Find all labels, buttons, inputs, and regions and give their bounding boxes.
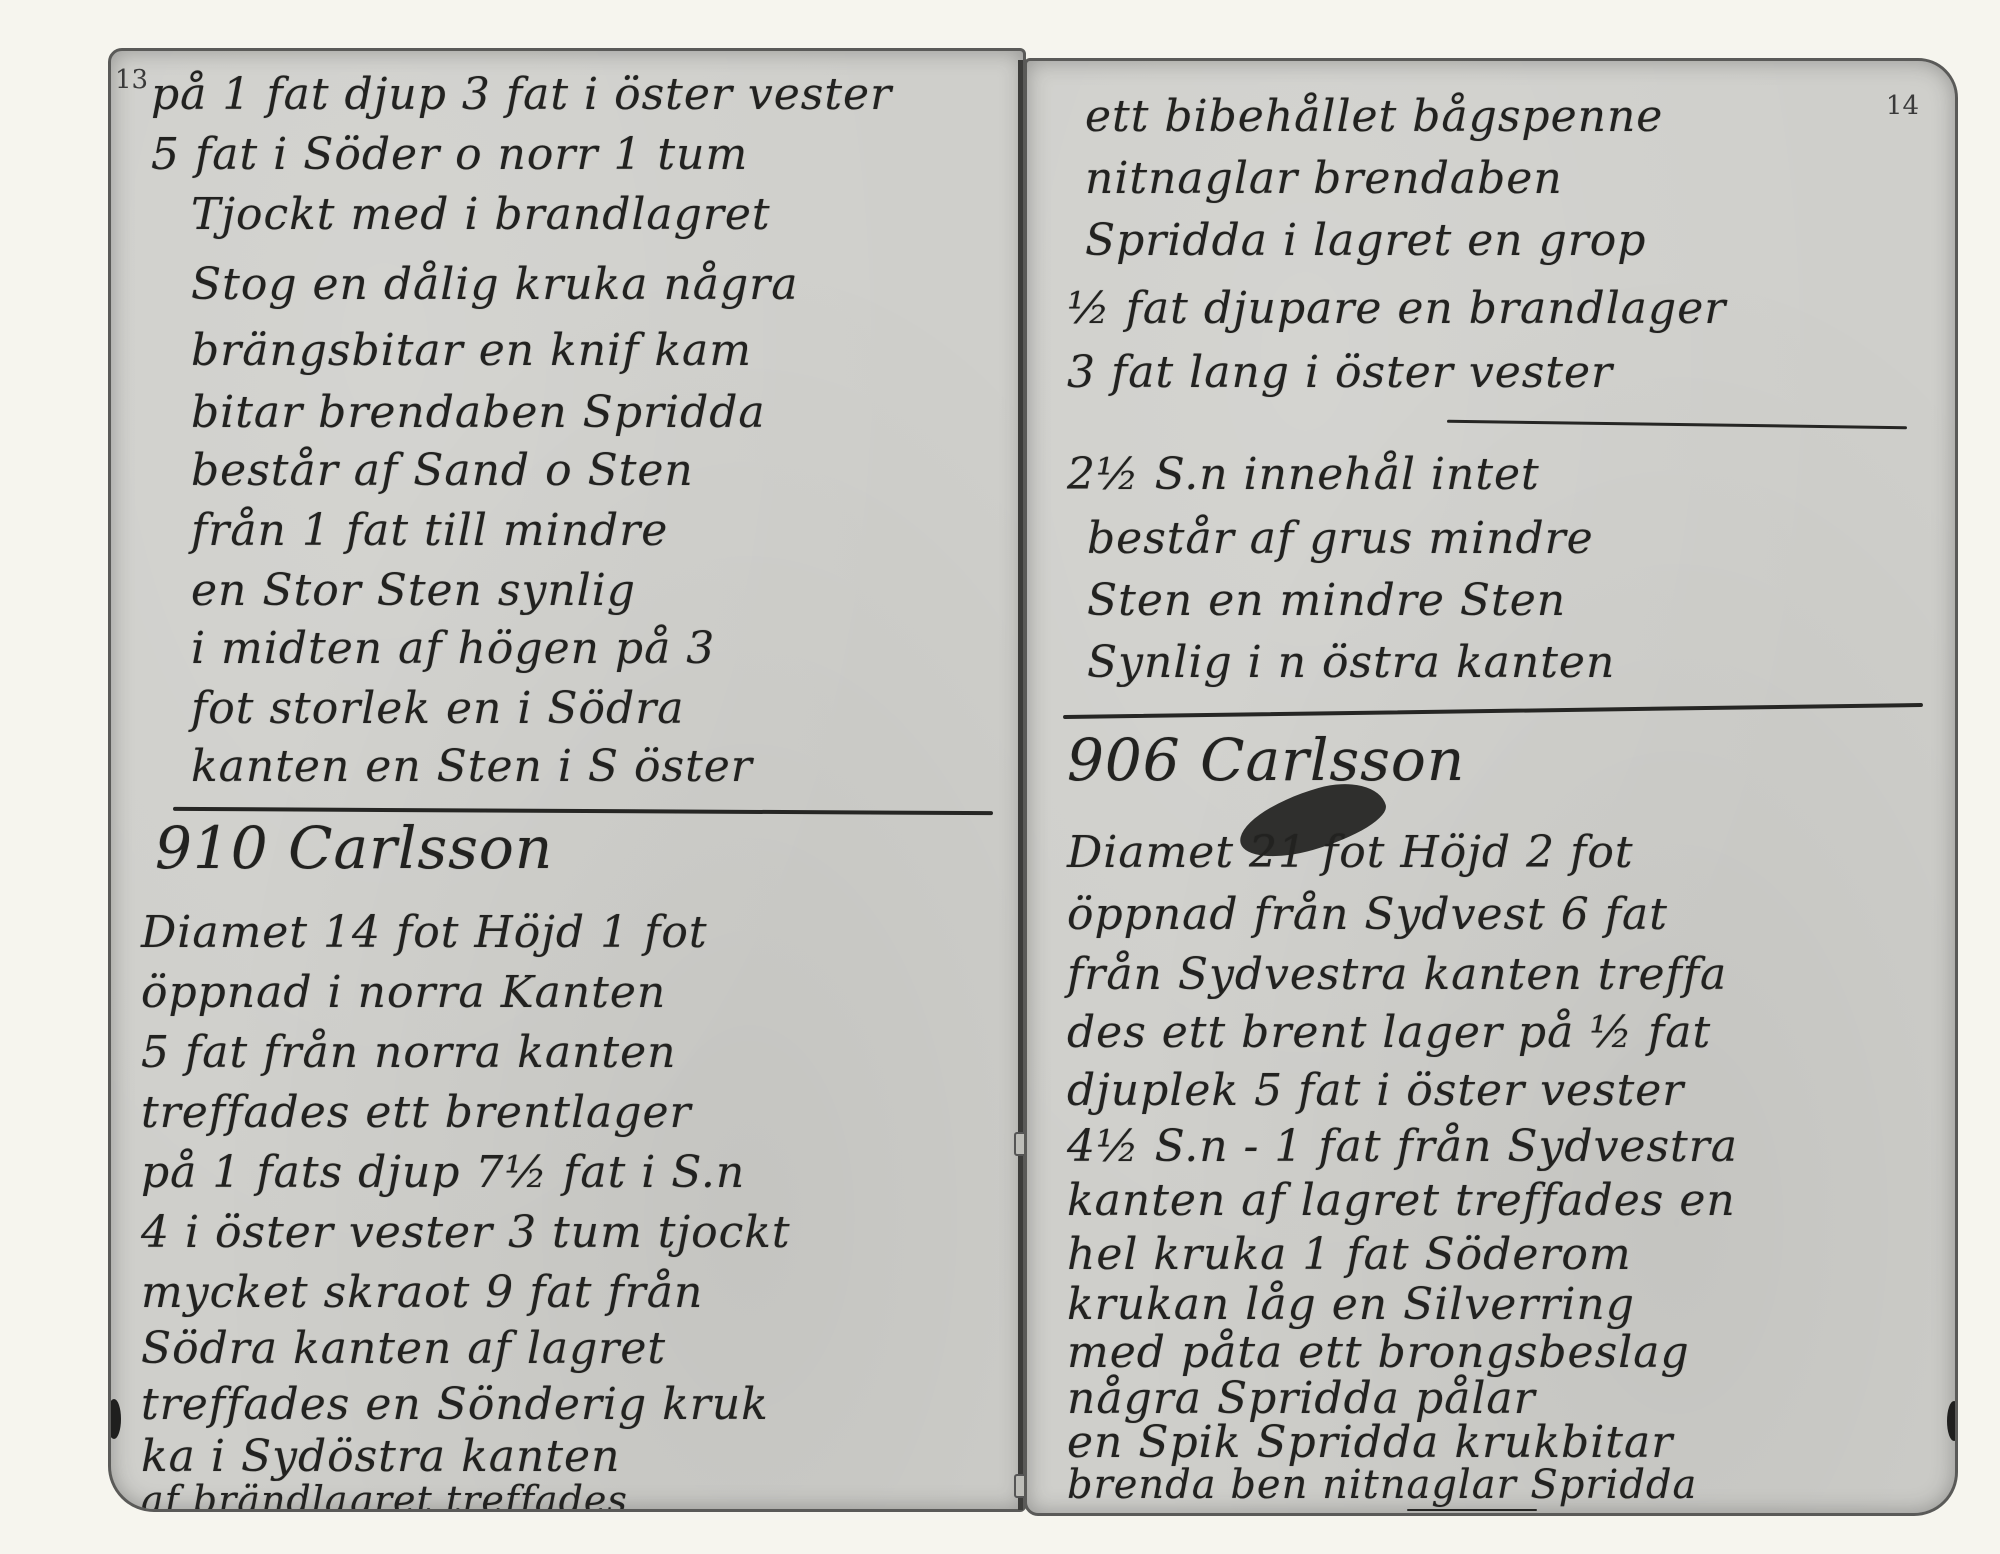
text-line: öppnad i norra Kanten: [141, 971, 666, 1015]
text-line: öppnad från Sydvest 6 fat: [1067, 893, 1668, 937]
text-line: treffades ett brentlager: [141, 1091, 692, 1135]
text-line: kanten en Sten i S öster: [191, 745, 753, 789]
text-line: på 1 fats djup 7½ fat i S.n: [141, 1151, 745, 1195]
left-page: 13 på 1 fat djup 3 fat i öster vester 5 …: [108, 48, 1026, 1512]
text-line: Tjockt med i brandlagret: [191, 193, 771, 237]
text-line: en Spik Spridda krukbitar: [1067, 1421, 1673, 1465]
text-line: Sten en mindre Sten: [1087, 579, 1566, 623]
text-line: mycket skraot 9 fat från: [141, 1271, 703, 1315]
ink-stain: [108, 1399, 121, 1439]
text-line: brängsbitar en knif kam: [191, 329, 752, 373]
text-line: af brändlagret treffades: [141, 1481, 628, 1512]
text-line: Spridda i lagret en grop: [1085, 219, 1646, 263]
text-line: från Sydvestra kanten treffa: [1067, 953, 1727, 997]
text-line: 4½ S.n - 1 fat från Sydvestra: [1067, 1125, 1738, 1169]
text-line: Diamet 21 fot Höjd 2 fot: [1067, 831, 1634, 875]
page-number-left: 13: [115, 65, 148, 95]
text-line: 2½ S.n innehål intet: [1067, 453, 1540, 497]
text-line: Diamet 14 fot Höjd 1 fot: [141, 911, 708, 955]
text-line: med påta ett brongsbeslag: [1067, 1331, 1690, 1375]
text-line: des ett brent lager på ½ fat: [1067, 1011, 1711, 1055]
text-line: består af Sand o Sten: [191, 449, 694, 493]
text-line: Stog en dålig kruka några: [191, 263, 798, 307]
entry-heading: 910 Carlsson: [155, 819, 553, 877]
text-line: 3 fat lang i öster vester: [1067, 351, 1613, 395]
text-line: 5 fat från norra kanten: [141, 1031, 676, 1075]
text-line: djuplek 5 fat i öster vester: [1067, 1069, 1684, 1113]
text-line: brenda ben nitnaglar Spridda: [1067, 1465, 1697, 1505]
section-divider: [1447, 420, 1907, 429]
text-line: treffades en Sönderig kruk: [141, 1383, 769, 1427]
text-line: fot storlek en i Södra: [191, 687, 684, 731]
text-line: består af grus mindre: [1087, 517, 1594, 561]
text-line: ett bibehållet bågspenne: [1085, 95, 1663, 139]
notebook-spine: [1018, 60, 1023, 1510]
notebook-scan: 13 på 1 fat djup 3 fat i öster vester 5 …: [0, 0, 2000, 1554]
text-line: några Spridda pålar: [1067, 1377, 1536, 1421]
text-line: ka i Sydöstra kanten: [141, 1435, 620, 1479]
text-line: hel kruka 1 fat Söderom: [1067, 1233, 1632, 1277]
ink-stain: [1947, 1401, 1958, 1441]
text-line: 5 fat i Söder o norr 1 tum: [151, 133, 748, 177]
right-page: 14 ett bibehållet bågspenne nitnaglar br…: [1024, 58, 1958, 1516]
text-line: på 1 fat djup 3 fat i öster vester: [151, 73, 892, 117]
text-line: från 1 fat till mindre: [191, 509, 668, 553]
underline-mark: [1407, 1509, 1537, 1511]
text-line: en Stor Sten synlig: [191, 569, 636, 613]
text-line: i midten af högen på 3: [191, 627, 715, 671]
entry-divider: [1063, 703, 1923, 719]
text-line: Synlig i n östra kanten: [1087, 641, 1615, 685]
text-line: nitnaglar brendaben: [1085, 157, 1563, 201]
text-line: Södra kanten af lagret: [141, 1327, 666, 1371]
text-line: 4 i öster vester 3 tum tjockt: [141, 1211, 791, 1255]
entry-heading: 906 Carlsson: [1067, 731, 1465, 789]
text-line: ½ fat djupare en brandlager: [1067, 287, 1726, 331]
text-line: bitar brendaben Spridda: [191, 391, 766, 435]
text-line: kanten af lagret treffades en: [1067, 1179, 1736, 1223]
text-line: krukan låg en Silverring: [1067, 1283, 1635, 1327]
page-number-right: 14: [1886, 91, 1919, 121]
